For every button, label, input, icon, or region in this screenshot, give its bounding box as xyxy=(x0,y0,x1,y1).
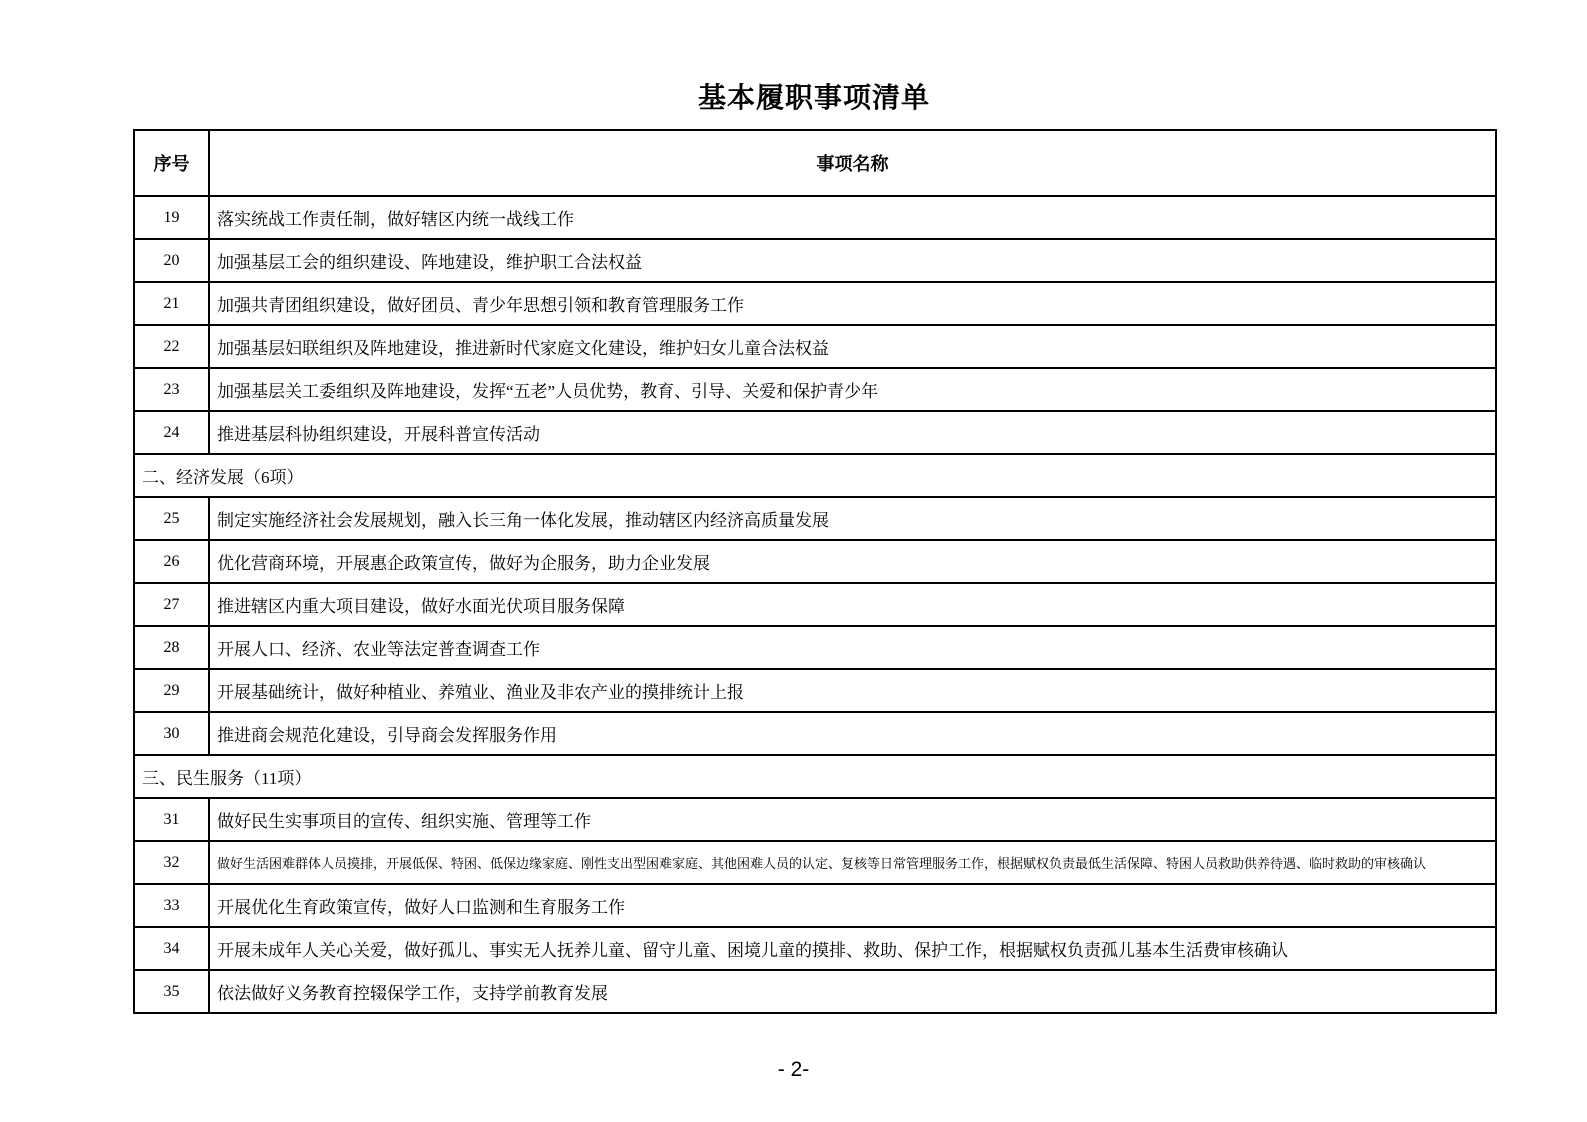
table-row: 27推进辖区内重大项目建设，做好水面光伏项目服务保障 xyxy=(134,583,1496,626)
row-number: 19 xyxy=(134,196,209,239)
table-row: 35依法做好义务教育控辍保学工作，支持学前教育发展 xyxy=(134,970,1496,1013)
row-item-text: 开展人口、经济、农业等法定普查调查工作 xyxy=(209,626,1496,669)
table-row: 19落实统战工作责任制，做好辖区内统一战线工作 xyxy=(134,196,1496,239)
column-header-no: 序号 xyxy=(134,130,209,196)
column-header-name: 事项名称 xyxy=(209,130,1496,196)
row-number: 28 xyxy=(134,626,209,669)
row-item-text: 开展基础统计，做好种植业、养殖业、渔业及非农产业的摸排统计上报 xyxy=(209,669,1496,712)
table-body: 19落实统战工作责任制，做好辖区内统一战线工作20加强基层工会的组织建设、阵地建… xyxy=(134,196,1496,1013)
row-number: 22 xyxy=(134,325,209,368)
row-item-text: 加强基层关工委组织及阵地建设，发挥“五老”人员优势，教育、引导、关爱和保护青少年 xyxy=(209,368,1496,411)
row-number: 32 xyxy=(134,841,209,884)
table-row: 28开展人口、经济、农业等法定普查调查工作 xyxy=(134,626,1496,669)
row-number: 31 xyxy=(134,798,209,841)
row-item-text: 制定实施经济社会发展规划，融入长三角一体化发展，推动辖区内经济高质量发展 xyxy=(209,497,1496,540)
row-item-text: 优化营商环境，开展惠企政策宣传，做好为企服务，助力企业发展 xyxy=(209,540,1496,583)
row-item-text: 加强基层妇联组织及阵地建设，推进新时代家庭文化建设，维护妇女儿童合法权益 xyxy=(209,325,1496,368)
row-number: 24 xyxy=(134,411,209,454)
table-header-row: 序号 事项名称 xyxy=(134,130,1496,196)
row-number: 30 xyxy=(134,712,209,755)
table-row: 26优化营商环境，开展惠企政策宣传，做好为企服务，助力企业发展 xyxy=(134,540,1496,583)
row-item-text: 做好生活困难群体人员摸排，开展低保、特困、低保边缘家庭、刚性支出型困难家庭、其他… xyxy=(209,841,1496,884)
row-item-text: 推进辖区内重大项目建设，做好水面光伏项目服务保障 xyxy=(209,583,1496,626)
table-row: 24推进基层科协组织建设，开展科普宣传活动 xyxy=(134,411,1496,454)
table-row: 34开展未成年人关心关爱，做好孤儿、事实无人抚养儿童、留守儿童、困境儿童的摸排、… xyxy=(134,927,1496,970)
row-number: 25 xyxy=(134,497,209,540)
table-row: 33开展优化生育政策宣传，做好人口监测和生育服务工作 xyxy=(134,884,1496,927)
row-number: 20 xyxy=(134,239,209,282)
section-row: 二、经济发展（6项） xyxy=(134,454,1496,497)
table-row: 20加强基层工会的组织建设、阵地建设，维护职工合法权益 xyxy=(134,239,1496,282)
section-label: 三、民生服务（11项） xyxy=(134,755,1496,798)
table-row: 30推进商会规范化建设，引导商会发挥服务作用 xyxy=(134,712,1496,755)
row-item-text: 依法做好义务教育控辍保学工作，支持学前教育发展 xyxy=(209,970,1496,1013)
table-row: 22加强基层妇联组织及阵地建设，推进新时代家庭文化建设，维护妇女儿童合法权益 xyxy=(134,325,1496,368)
row-item-text: 推进商会规范化建设，引导商会发挥服务作用 xyxy=(209,712,1496,755)
table-row: 23加强基层关工委组织及阵地建设，发挥“五老”人员优势，教育、引导、关爱和保护青… xyxy=(134,368,1496,411)
table-row: 21加强共青团组织建设，做好团员、青少年思想引领和教育管理服务工作 xyxy=(134,282,1496,325)
document-page: 基本履职事项清单 序号 事项名称 19落实统战工作责任制，做好辖区内统一战线工作… xyxy=(0,0,1587,1122)
row-number: 35 xyxy=(134,970,209,1013)
row-item-text: 加强基层工会的组织建设、阵地建设，维护职工合法权益 xyxy=(209,239,1496,282)
row-number: 26 xyxy=(134,540,209,583)
table-row: 29开展基础统计，做好种植业、养殖业、渔业及非农产业的摸排统计上报 xyxy=(134,669,1496,712)
row-item-text: 开展未成年人关心关爱，做好孤儿、事实无人抚养儿童、留守儿童、困境儿童的摸排、救助… xyxy=(209,927,1496,970)
row-item-text: 做好民生实事项目的宣传、组织实施、管理等工作 xyxy=(209,798,1496,841)
section-row: 三、民生服务（11项） xyxy=(134,755,1496,798)
page-title: 基本履职事项清单 xyxy=(133,76,1495,116)
row-item-text: 落实统战工作责任制，做好辖区内统一战线工作 xyxy=(209,196,1496,239)
row-number: 29 xyxy=(134,669,209,712)
table-row: 32做好生活困难群体人员摸排，开展低保、特困、低保边缘家庭、刚性支出型困难家庭、… xyxy=(134,841,1496,884)
duties-table: 序号 事项名称 19落实统战工作责任制，做好辖区内统一战线工作20加强基层工会的… xyxy=(133,129,1497,1014)
row-item-text: 推进基层科协组织建设，开展科普宣传活动 xyxy=(209,411,1496,454)
row-number: 33 xyxy=(134,884,209,927)
section-label: 二、经济发展（6项） xyxy=(134,454,1496,497)
row-item-text: 加强共青团组织建设，做好团员、青少年思想引领和教育管理服务工作 xyxy=(209,282,1496,325)
page-number: - 2- xyxy=(0,1058,1587,1082)
row-number: 21 xyxy=(134,282,209,325)
table-row: 25制定实施经济社会发展规划，融入长三角一体化发展，推动辖区内经济高质量发展 xyxy=(134,497,1496,540)
row-number: 27 xyxy=(134,583,209,626)
row-number: 34 xyxy=(134,927,209,970)
table-row: 31做好民生实事项目的宣传、组织实施、管理等工作 xyxy=(134,798,1496,841)
row-number: 23 xyxy=(134,368,209,411)
row-item-text: 开展优化生育政策宣传，做好人口监测和生育服务工作 xyxy=(209,884,1496,927)
